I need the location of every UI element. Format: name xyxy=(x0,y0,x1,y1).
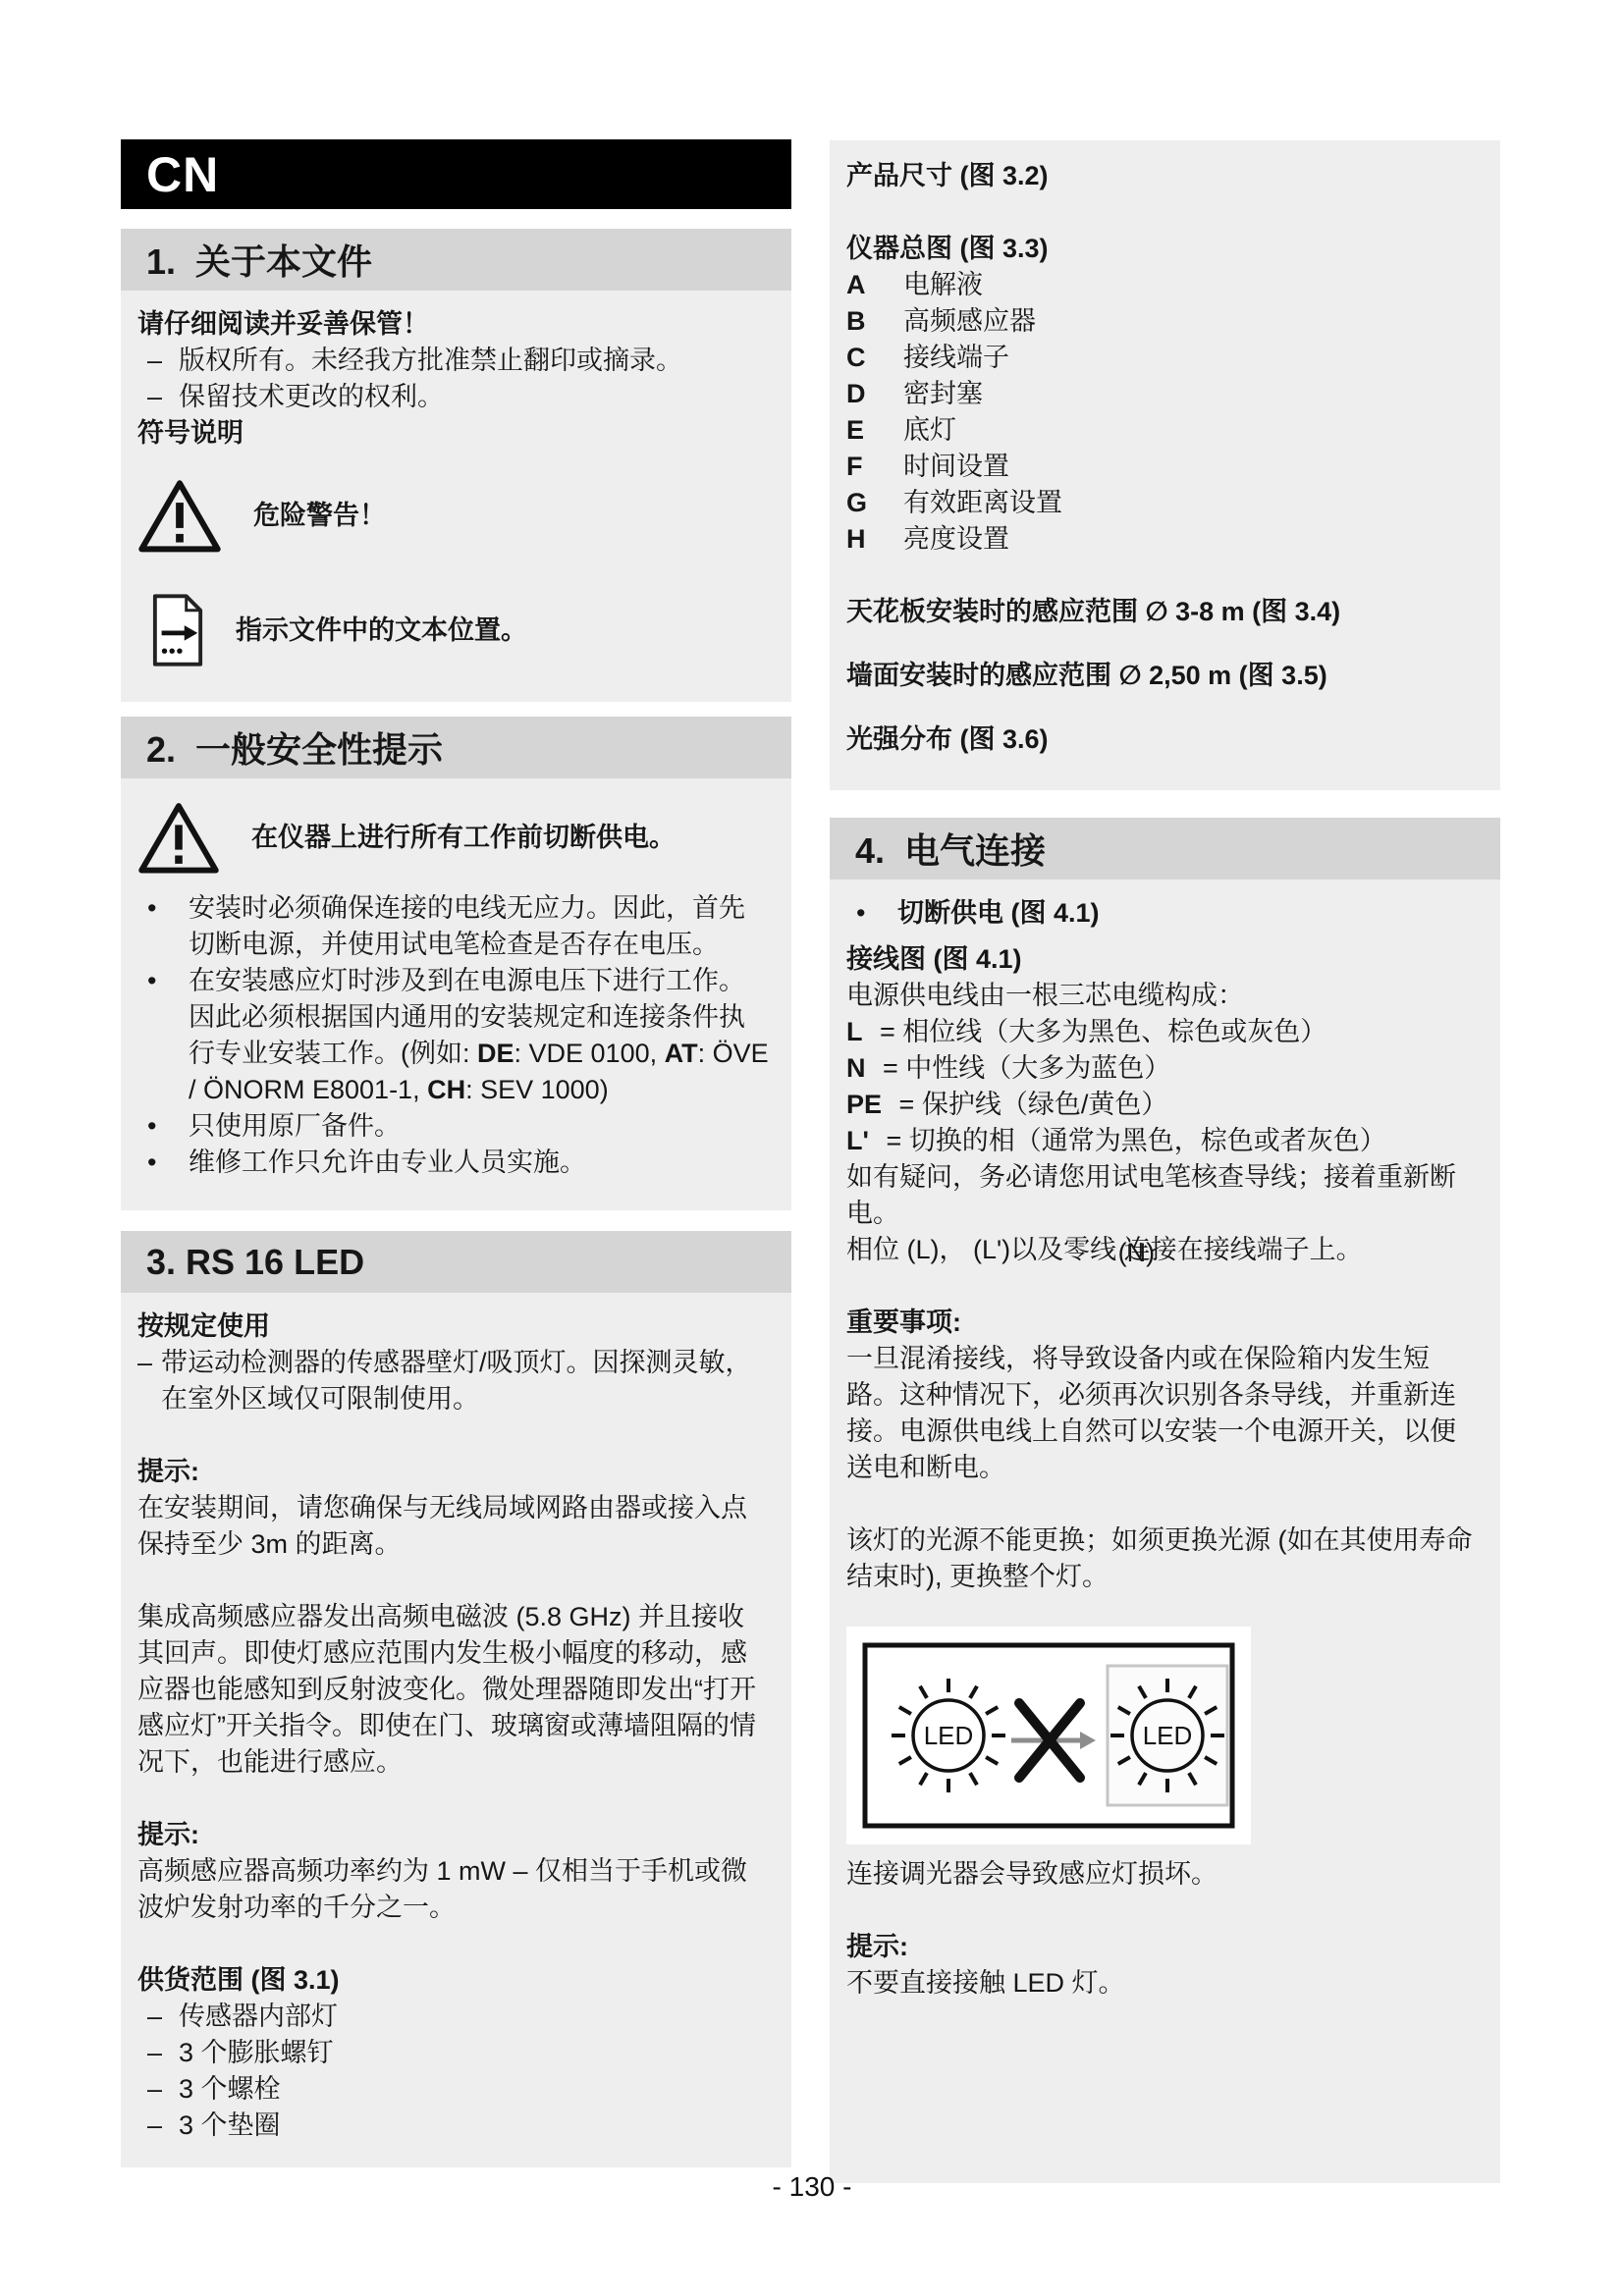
note-heading: 提示: xyxy=(846,1929,1479,1965)
spacer xyxy=(137,1563,770,1599)
note-text: 不要直接接触 LED 灯。 xyxy=(846,1965,1479,2002)
dash-marker: – xyxy=(137,1999,179,2035)
country-code: DE xyxy=(477,1039,514,1068)
danger-symbol-row: 危险警告！ xyxy=(137,477,770,554)
safety-bullet: • 维修工作只允许由专业人员实施。 xyxy=(137,1145,770,1181)
phase-line: 相位 (L)， (L')以及零线 连接(N)在接线端子上。 xyxy=(846,1232,1479,1268)
section-2-body: 在仪器上进行所有工作前切断供电。 • 安装时必须确保连接的电线无应力。因此，首先… xyxy=(121,778,791,1210)
led-no-replace-figure: LED LED xyxy=(846,1627,1251,1844)
left-column: CN 1. 关于本文件 请仔细阅读并妥善保管！ – 版权所有。未经我方批准禁止翻… xyxy=(121,139,791,2167)
language-banner: CN xyxy=(121,139,791,209)
warning-triangle-icon xyxy=(137,477,222,554)
document-reference-icon xyxy=(151,593,204,667)
phase-post: 在接线端子上。 xyxy=(1177,1235,1363,1264)
dash-marker: – xyxy=(137,2071,179,2108)
section-4-header: 4. 电气连接 xyxy=(830,818,1500,880)
note-heading: 提示: xyxy=(137,1454,770,1490)
note-text: 在安装期间，请您确保与无线局域网路由器或接入点保持至少 3m 的距离。 xyxy=(137,1490,770,1563)
language-code: CN xyxy=(146,146,219,203)
part-value: 密封塞 xyxy=(903,376,1479,412)
safety-bullet-text: 在安装感应灯时涉及到在电源电压下进行工作。因此必须根据国内通用的安装规定和连接条… xyxy=(189,963,770,1108)
part-row: G 有效距离设置 xyxy=(846,485,1479,521)
read-keep-note: 请仔细阅读并妥善保管！ xyxy=(137,306,770,343)
country-code: AT xyxy=(665,1039,698,1068)
part-key: A xyxy=(846,267,903,303)
spacer xyxy=(846,1268,1479,1305)
intended-use-heading: 按规定使用 xyxy=(137,1308,770,1345)
list-item-text: 版权所有。未经我方批准禁止翻印或摘录。 xyxy=(179,343,770,379)
section-3-title: 3. RS 16 LED xyxy=(146,1242,364,1283)
part-key: D xyxy=(846,376,903,412)
scope-item: – 3 个螺栓 xyxy=(137,2071,770,2108)
spacer xyxy=(846,194,1479,231)
section-electrical: 4. 电气连接 • 切断供电 (图 4.1) 接线图 (图 4.1) 电源供电线… xyxy=(830,818,1500,2183)
note-text: 高频感应器高频功率约为 1 mW – 仅相当于手机或微波炉发射功率的千分之一。 xyxy=(137,1853,770,1926)
light-distribution-text: 光强分布 (图 3.6) xyxy=(846,721,1479,758)
part-row: A 电解液 xyxy=(846,267,1479,303)
list-item: – 版权所有。未经我方批准禁止翻印或摘录。 xyxy=(137,343,770,379)
wire-key: PE xyxy=(846,1090,882,1119)
note-heading: 提示: xyxy=(137,1817,770,1853)
section-about-document: 1. 关于本文件 请仔细阅读并妥善保管！ – 版权所有。未经我方批准禁止翻印或摘… xyxy=(121,229,791,702)
dash-marker: – xyxy=(137,1345,161,1417)
safety-bullet: • 在安装感应灯时涉及到在电源电压下进行工作。因此必须根据国内通用的安装规定和连… xyxy=(137,963,770,1108)
hf-sensor-text: 集成高频感应器发出高频电磁波 (5.8 GHz) 并且接收其回声。即使灯感应范围… xyxy=(137,1599,770,1781)
wire-value: = 相位线（大多为黑色、棕色或灰色） xyxy=(880,1017,1326,1046)
safety-warning-label: 在仪器上进行所有工作前切断供电。 xyxy=(251,820,676,856)
section-1-header: 1. 关于本文件 xyxy=(121,229,791,291)
wire-key: L' xyxy=(846,1126,869,1155)
phase-pre: 相位 (L)， (L')以及零线 xyxy=(846,1235,1124,1264)
section-1-title: 1. 关于本文件 xyxy=(146,235,372,285)
led-label-right: LED xyxy=(1143,1721,1193,1750)
safety-warning-row: 在仪器上进行所有工作前切断供电。 xyxy=(137,800,770,875)
dash-marker: – xyxy=(137,2108,179,2144)
scope-item-text: 3 个膨胀螺钉 xyxy=(179,2035,770,2071)
spacer xyxy=(846,694,1479,721)
wire-row: L' = 切换的相（通常为黑色，棕色或者灰色） xyxy=(846,1123,1479,1159)
section-product: 3. RS 16 LED 按规定使用 – 带运动检测器的传感器壁灯/吸顶灯。因探… xyxy=(121,1231,791,2167)
bullet-marker: • xyxy=(137,963,189,1108)
dash-marker: – xyxy=(137,343,179,379)
disconnect-text: 切断供电 (图 4.1) xyxy=(897,895,1479,932)
spacer xyxy=(846,630,1479,658)
part-key: B xyxy=(846,303,903,340)
bullet-marker: • xyxy=(137,1108,189,1145)
dimensions-heading: 产品尺寸 (图 3.2) xyxy=(846,158,1479,194)
part-row: H 亮度设置 xyxy=(846,521,1479,558)
part-key: C xyxy=(846,340,903,376)
part-row: E 底灯 xyxy=(846,412,1479,449)
safety-bullet-text: 只使用原厂备件。 xyxy=(189,1108,770,1145)
cable-text: 电源供电线由一根三芯电缆构成： xyxy=(846,978,1479,1014)
phase-overlap: 连接(N) xyxy=(1124,1232,1177,1268)
bullet-marker: • xyxy=(137,1145,189,1181)
dash-marker: – xyxy=(137,2035,179,2071)
danger-symbol-label: 危险警告！ xyxy=(253,498,386,534)
spacer xyxy=(846,932,1479,941)
scope-item: – 传感器内部灯 xyxy=(137,1999,770,2035)
part-key: G xyxy=(846,485,903,521)
safety-bullet-text: 维修工作只允许由专业人员实施。 xyxy=(189,1145,770,1181)
intended-use-text: 带运动检测器的传感器壁灯/吸顶灯。因探测灵敏，在室外区域仅可限制使用。 xyxy=(161,1345,770,1417)
scope-item: – 3 个垫圈 xyxy=(137,2108,770,2144)
section-1-body: 请仔细阅读并妥善保管！ – 版权所有。未经我方批准禁止翻印或摘录。 – 保留技术… xyxy=(121,291,791,702)
part-row: B 高频感应器 xyxy=(846,303,1479,340)
intended-use-item: – 带运动检测器的传感器壁灯/吸顶灯。因探测灵敏，在室外区域仅可限制使用。 xyxy=(137,1345,770,1417)
section-general-safety: 2. 一般安全性提示 在仪器上进行所有工作前切断供电。 • 安装时必 xyxy=(121,717,791,1210)
page-number: - 130 - xyxy=(0,2171,1624,2203)
wall-range-text: 墙面安装时的感应范围 ∅ 2,50 m (图 3.5) xyxy=(846,658,1479,694)
device-overview-heading: 仪器总图 (图 3.3) xyxy=(846,231,1479,267)
phase-over: (N) xyxy=(1118,1235,1155,1271)
part-value: 底灯 xyxy=(903,412,1479,449)
important-heading: 重要事项: xyxy=(846,1305,1479,1341)
wire-row: PE = 保护线（绿色/黄色） xyxy=(846,1087,1479,1123)
dimmer-warning-text: 连接调光器会导致感应灯损坏。 xyxy=(846,1856,1479,1893)
part-row: F 时间设置 xyxy=(846,449,1479,485)
spacer xyxy=(846,1486,1479,1522)
spacer xyxy=(846,558,1479,594)
safety-bullet: • 安装时必须确保连接的电线无应力。因此，首先切断电源，并使用试电笔检查是否存在… xyxy=(137,890,770,963)
part-value: 时间设置 xyxy=(903,449,1479,485)
wire-value: = 中性线（大多为蓝色） xyxy=(883,1053,1170,1083)
part-key: H xyxy=(846,521,903,558)
section-2-header: 2. 一般安全性提示 xyxy=(121,717,791,778)
section-4-title: 4. 电气连接 xyxy=(855,824,1046,874)
bullet-marker: • xyxy=(137,890,189,963)
spacer xyxy=(846,1893,1479,1929)
bullet2-part: : SEV 1000) xyxy=(465,1075,609,1104)
important-text: 一旦混淆接线，将导致设备内或在保险箱内发生短路。这种情况下，必须再次识别各条导线… xyxy=(846,1341,1479,1486)
scope-item: – 3 个膨胀螺钉 xyxy=(137,2035,770,2071)
part-key: E xyxy=(846,412,903,449)
wiring-heading: 接线图 (图 4.1) xyxy=(846,941,1479,978)
disconnect-bullet: • 切断供电 (图 4.1) xyxy=(846,895,1479,932)
wire-row: N = 中性线（大多为蓝色） xyxy=(846,1050,1479,1087)
dash-marker: – xyxy=(137,379,179,415)
wire-key: L xyxy=(846,1017,863,1046)
scope-item-text: 3 个螺栓 xyxy=(179,2071,770,2108)
bullet-marker: • xyxy=(846,895,897,932)
wire-value: = 保护线（绿色/黄色） xyxy=(899,1090,1168,1119)
part-row: C 接线端子 xyxy=(846,340,1479,376)
scope-item-text: 3 个垫圈 xyxy=(179,2108,770,2144)
part-row: D 密封塞 xyxy=(846,376,1479,412)
part-key: F xyxy=(846,449,903,485)
manual-page: CN 1. 关于本文件 请仔细阅读并妥善保管！ – 版权所有。未经我方批准禁止翻… xyxy=(0,0,1624,2296)
wire-value: = 切换的相（通常为黑色，棕色或者灰色） xyxy=(886,1126,1385,1155)
spacer xyxy=(137,1926,770,1962)
safety-bullet: • 只使用原厂备件。 xyxy=(137,1108,770,1145)
wire-row: L = 相位线（大多为黑色、棕色或灰色） xyxy=(846,1014,1479,1050)
ceiling-range-text: 天花板安装时的感应范围 ∅ 3-8 m (图 3.4) xyxy=(846,594,1479,630)
part-value: 有效距离设置 xyxy=(903,485,1479,521)
list-item-text: 保留技术更改的权利。 xyxy=(179,379,770,415)
section-3-header: 3. RS 16 LED xyxy=(121,1231,791,1293)
lamp-replacement-text: 该灯的光源不能更换；如须更换光源 (如在其使用寿命结束时), 更换整个灯。 xyxy=(846,1522,1479,1595)
section-4-body: • 切断供电 (图 4.1) 接线图 (图 4.1) 电源供电线由一根三芯电缆构… xyxy=(830,880,1500,2183)
bullet2-part: : VDE 0100, xyxy=(514,1039,665,1068)
list-item: – 保留技术更改的权利。 xyxy=(137,379,770,415)
document-symbol-label: 指示文件中的文本位置。 xyxy=(236,613,527,649)
scope-item-text: 传感器内部灯 xyxy=(179,1999,770,2035)
warning-triangle-icon xyxy=(137,800,220,875)
product-overview-panel: 产品尺寸 (图 3.2) 仪器总图 (图 3.3) A 电解液 B 高频感应器 … xyxy=(830,140,1500,790)
country-code: CH xyxy=(427,1075,465,1104)
section-3-body: 按规定使用 – 带运动检测器的传感器壁灯/吸顶灯。因探测灵敏，在室外区域仅可限制… xyxy=(121,1293,791,2167)
right-column: 产品尺寸 (图 3.2) 仪器总图 (图 3.3) A 电解液 B 高频感应器 … xyxy=(830,140,1500,2183)
document-symbol-row: 指示文件中的文本位置。 xyxy=(151,593,770,667)
doubt-text: 如有疑问，务必请您用试电笔核查导线；接着重新断电。 xyxy=(846,1159,1479,1232)
section-2-title: 2. 一般安全性提示 xyxy=(146,722,443,773)
scope-heading: 供货范围 (图 3.1) xyxy=(137,1962,770,1999)
safety-bullet-text: 安装时必须确保连接的电线无应力。因此，首先切断电源，并使用试电笔检查是否存在电压… xyxy=(189,890,770,963)
wire-key: N xyxy=(846,1053,866,1083)
symbols-heading: 符号说明 xyxy=(137,415,770,452)
spacer xyxy=(137,1417,770,1454)
led-label-left: LED xyxy=(924,1721,974,1750)
part-value: 亮度设置 xyxy=(903,521,1479,558)
part-value: 高频感应器 xyxy=(903,303,1479,340)
spacer xyxy=(137,1781,770,1817)
part-value: 电解液 xyxy=(903,267,1479,303)
part-value: 接线端子 xyxy=(903,340,1479,376)
